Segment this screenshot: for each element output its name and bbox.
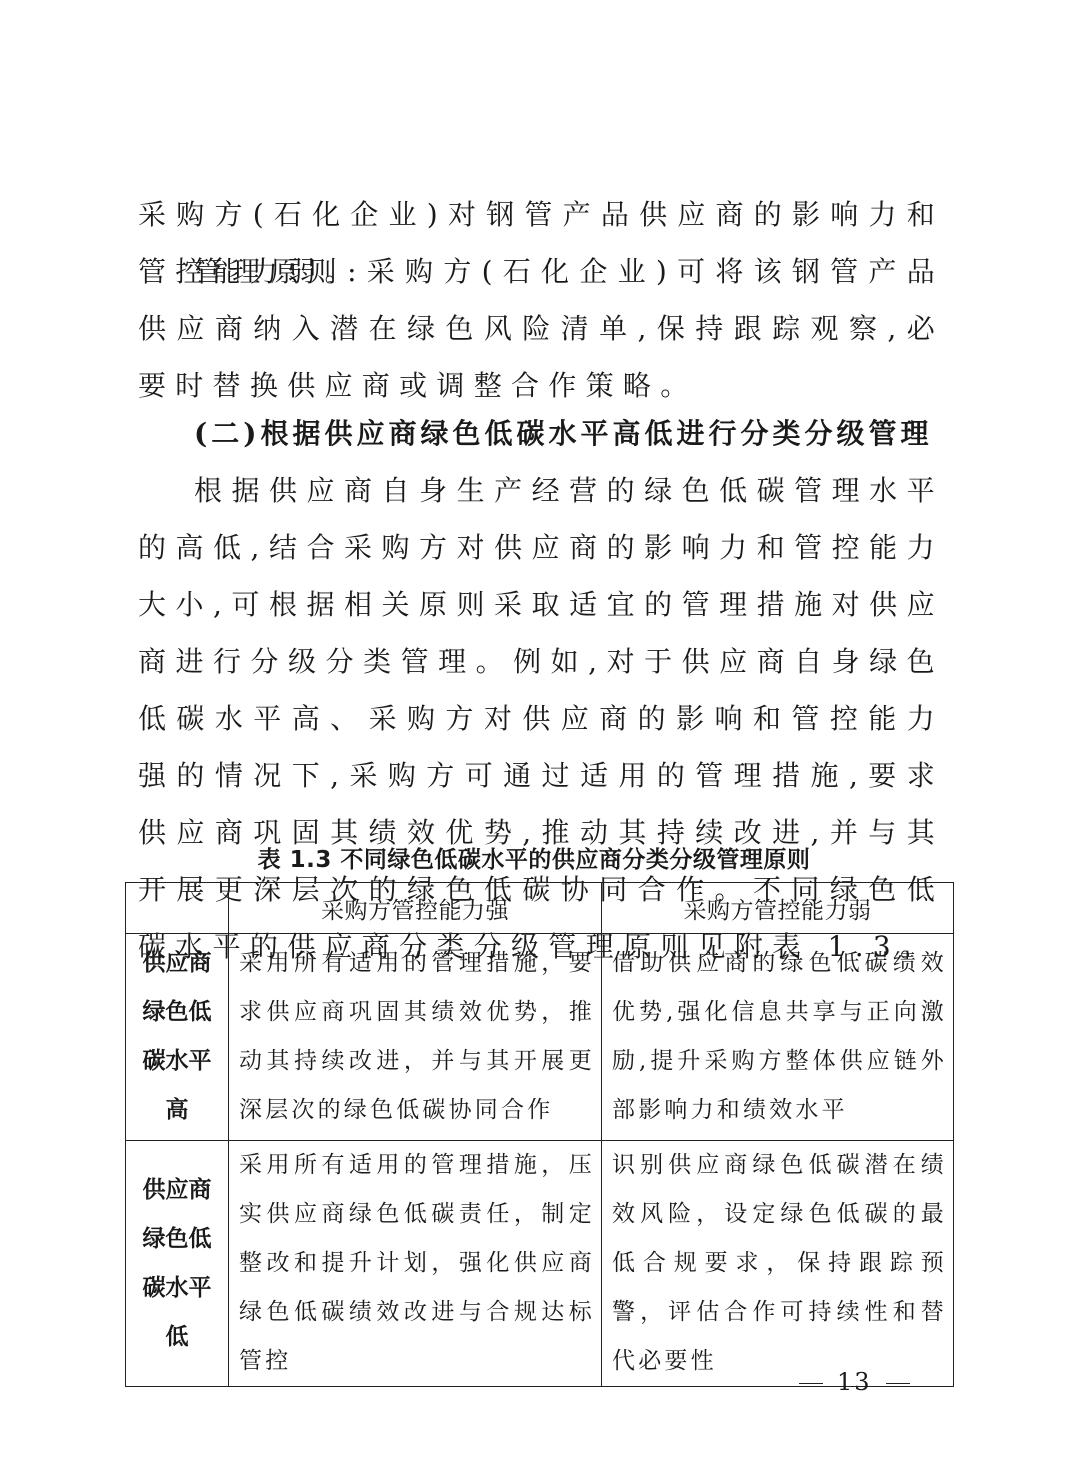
- row-header-line: 供应商: [126, 1166, 228, 1215]
- table-header-row: 采购方管控能力强 采购方管控能力弱: [126, 883, 954, 934]
- classification-table: 采购方管控能力强 采购方管控能力弱 供应商 绿色低 碳水平 高 采用所有适用的管…: [125, 882, 954, 1387]
- row-header-line: 绿色低: [126, 1215, 228, 1264]
- row-header-line: 低: [126, 1313, 228, 1362]
- table-header-corner: [126, 883, 229, 934]
- page-number-value: 13: [837, 1368, 872, 1396]
- row-header-line: 高: [126, 1086, 228, 1135]
- table-row: 供应商 绿色低 碳水平 高 采用所有适用的管理措施，要求供应商巩固其绩效优势，推…: [126, 934, 954, 1141]
- section-heading: (二)根据供应商绿色低碳水平高低进行分类分级管理: [194, 405, 933, 462]
- table-cell-low-strong: 采用所有适用的管理措施，压实供应商绿色低碳责任，制定整改和提升计划，强化供应商绿…: [229, 1141, 602, 1387]
- row-header-line: 碳水平: [126, 1037, 228, 1086]
- row-header-high-level: 供应商 绿色低 碳水平 高: [126, 934, 229, 1141]
- table-cell-low-weak: 识别供应商绿色低碳潜在绩效风险，设定绿色低碳的最低合规要求，保持跟踪预警，评估合…: [602, 1141, 954, 1387]
- table-caption: 表 1.3 不同绿色低碳水平的供应商分类分级管理原则: [0, 838, 1068, 882]
- dash-left: [799, 1383, 823, 1384]
- table-header-weak-control: 采购方管控能力弱: [602, 883, 954, 934]
- row-header-low-level: 供应商 绿色低 碳水平 低: [126, 1141, 229, 1387]
- document-page: 采购方(石化企业)对钢管产品供应商的影响力和管控能力弱。 管理原则:采购方(石化…: [0, 0, 1068, 1457]
- page-number: 13: [785, 1368, 924, 1396]
- table-row: 供应商 绿色低 碳水平 低 采用所有适用的管理措施，压实供应商绿色低碳责任，制定…: [126, 1141, 954, 1387]
- table-cell-high-weak: 借助供应商的绿色低碳绩效优势,强化信息共享与正向激励,提升采购方整体供应链外部影…: [602, 934, 954, 1141]
- dash-right: [886, 1383, 910, 1384]
- row-header-line: 绿色低: [126, 988, 228, 1037]
- table-cell-high-strong: 采用所有适用的管理措施，要求供应商巩固其绩效优势，推动其持续改进，并与其开展更深…: [229, 934, 602, 1141]
- row-header-line: 供应商: [126, 939, 228, 988]
- row-header-line: 碳水平: [126, 1264, 228, 1313]
- paragraph-management-principle: 管理原则:采购方(石化企业)可将该钢管产品供应商纳入潜在绿色风险清单,保持跟踪观…: [138, 243, 944, 414]
- table-header-strong-control: 采购方管控能力强: [229, 883, 602, 934]
